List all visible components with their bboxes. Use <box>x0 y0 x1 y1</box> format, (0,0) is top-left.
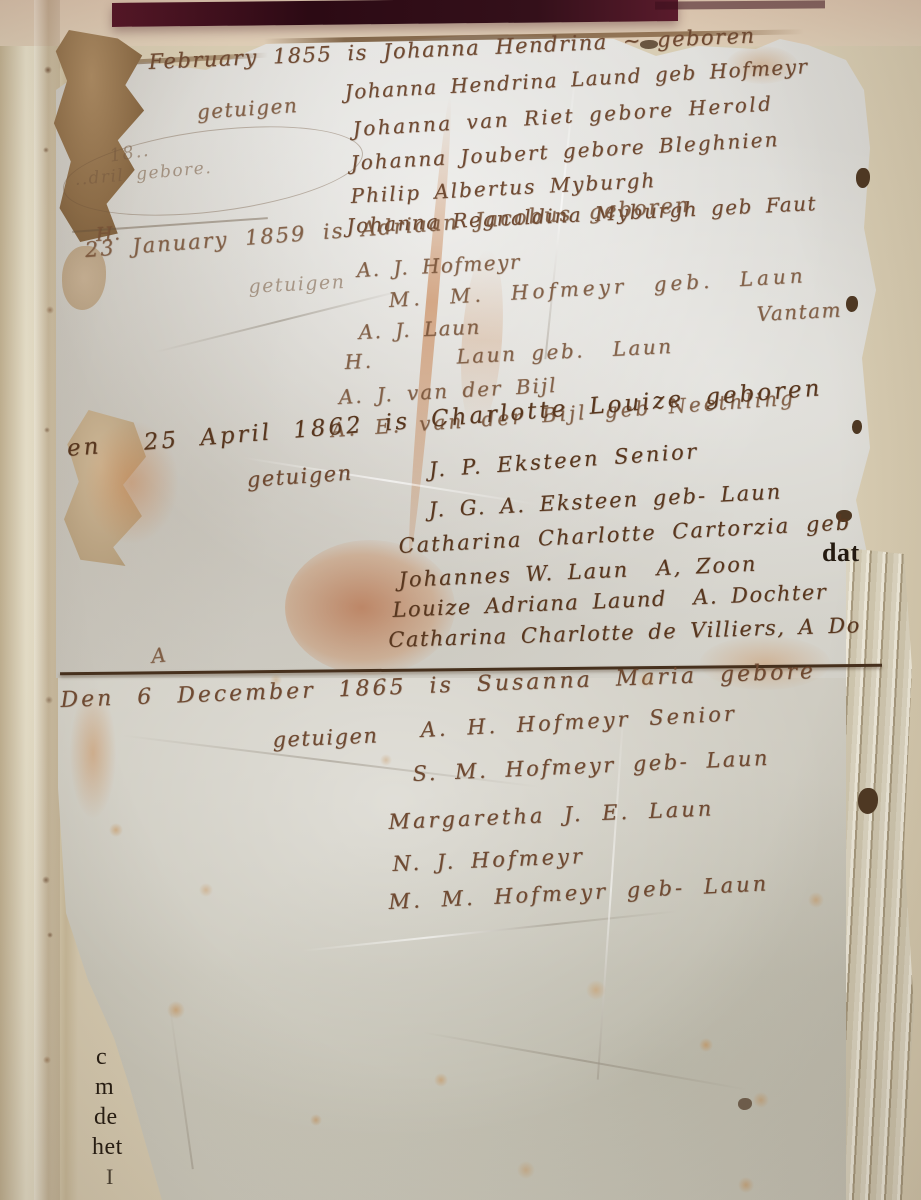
printed-fragment-bottom-0: c <box>96 1044 107 1071</box>
witness-label: getuigen <box>272 723 379 752</box>
register-page-photo: February 1855 is Johanna Hendrina ~ gebo… <box>0 0 921 1200</box>
printed-fragment-bottom-2: de <box>94 1104 118 1131</box>
gutter-speckles <box>38 0 58 1200</box>
book-spine-shadow-thin <box>655 0 825 9</box>
pasted-sheet-bottom <box>52 668 908 1200</box>
witness-name: Vantam <box>756 298 842 326</box>
printed-fragment-bottom-3: het <box>92 1134 123 1161</box>
printed-fragment-bottom-4: I <box>106 1164 114 1190</box>
printed-fragment-dat: dat <box>822 538 860 568</box>
worm-hole <box>856 168 870 188</box>
page-edge-stack <box>846 548 916 1200</box>
printed-fragment-bottom-1: m <box>95 1074 114 1101</box>
stray-ink-mark: A <box>150 642 168 668</box>
